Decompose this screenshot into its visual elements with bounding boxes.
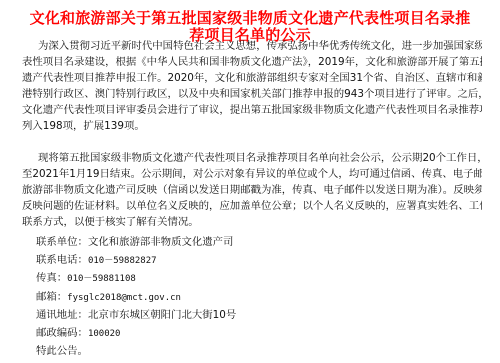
contact-phone-label: 联系电话：: [36, 254, 88, 266]
contact-fax: 传真：010－59881108: [36, 272, 136, 285]
contact-address-value: 北京市东城区朝阳门北大街10号: [88, 309, 236, 321]
title-line-1: 文化和旅游部关于第五批国家级非物质文化遗产代表性项目名录推: [0, 10, 500, 27]
paragraph-line: 至2021年1月19日结束。公示期间，对公示对象有异议的单位或个人，均可通过信函…: [22, 168, 482, 180]
contact-postcode-value: 100020: [88, 329, 121, 339]
contact-email-value[interactable]: fysglc2018@mct.gov.cn: [67, 293, 181, 303]
contact-email-label: 邮箱：: [36, 291, 67, 303]
paragraph-line: 文化遗产代表性项目评审委员会进行了审议，提出第五批国家级非物质文化遗产代表性项目…: [22, 104, 482, 116]
contact-address-label: 通讯地址：: [36, 309, 88, 321]
contact-unit: 联系单位：文化和旅游部非物质文化遗产司: [36, 236, 233, 248]
closing-text: 特此公告。: [36, 345, 88, 357]
contact-address: 通讯地址：北京市东城区朝阳门北大街10号: [36, 309, 236, 321]
page-title: 文化和旅游部关于第五批国家级非物质文化遗产代表性项目名录推 荐项目名单的公示: [0, 10, 500, 44]
paragraph-line: 联系方式，以便于核实了解有关情况。: [22, 216, 482, 228]
contact-email: 邮箱：fysglc2018@mct.gov.cn: [36, 291, 181, 304]
paragraph-line: 遗产代表性项目推荐申报工作。2020年，文化和旅游部组织专家对全国31个省、自治…: [22, 72, 482, 84]
contact-fax-value: 010－59881108: [67, 274, 136, 284]
paragraph-line: 为深入贯彻习近平新时代中国特色社会主义思想，传承弘扬中华优秀传统文化，进一步加强…: [38, 40, 482, 52]
contact-unit-label: 联系单位：: [36, 236, 88, 248]
paragraph-line: 反映问题的佐证材料。以单位名义反映的，应加盖单位公章；以个人名义反映的，应署真实…: [22, 200, 482, 212]
contact-postcode-label: 邮政编码：: [36, 327, 88, 339]
paragraph-line: 港特别行政区、澳门特别行政区，以及中央和国家机关部门推荐申报的943个项目进行了…: [22, 88, 482, 100]
contact-fax-label: 传真：: [36, 272, 67, 284]
contact-phone-value: 010－59882827: [88, 256, 157, 266]
contact-unit-value: 文化和旅游部非物质文化遗产司: [88, 236, 233, 248]
contact-phone: 联系电话：010－59882827: [36, 254, 157, 267]
paragraph-line: 旅游部非物质文化遗产司反映（信函以发送日期邮戳为准，传真、电子邮件以发送日期为准…: [22, 184, 482, 196]
paragraph-line: 现将第五批国家级非物质文化遗产代表性项目名录推荐项目名单向社会公示，公示期20个…: [38, 152, 482, 164]
contact-postcode: 邮政编码：100020: [36, 327, 120, 340]
paragraph-line: 表性项目名录建设，根据《中华人民共和国非物质文化遗产法》，2019年，文化和旅游…: [22, 56, 482, 68]
paragraph-line: 列入198项，扩展139项。: [22, 120, 482, 132]
